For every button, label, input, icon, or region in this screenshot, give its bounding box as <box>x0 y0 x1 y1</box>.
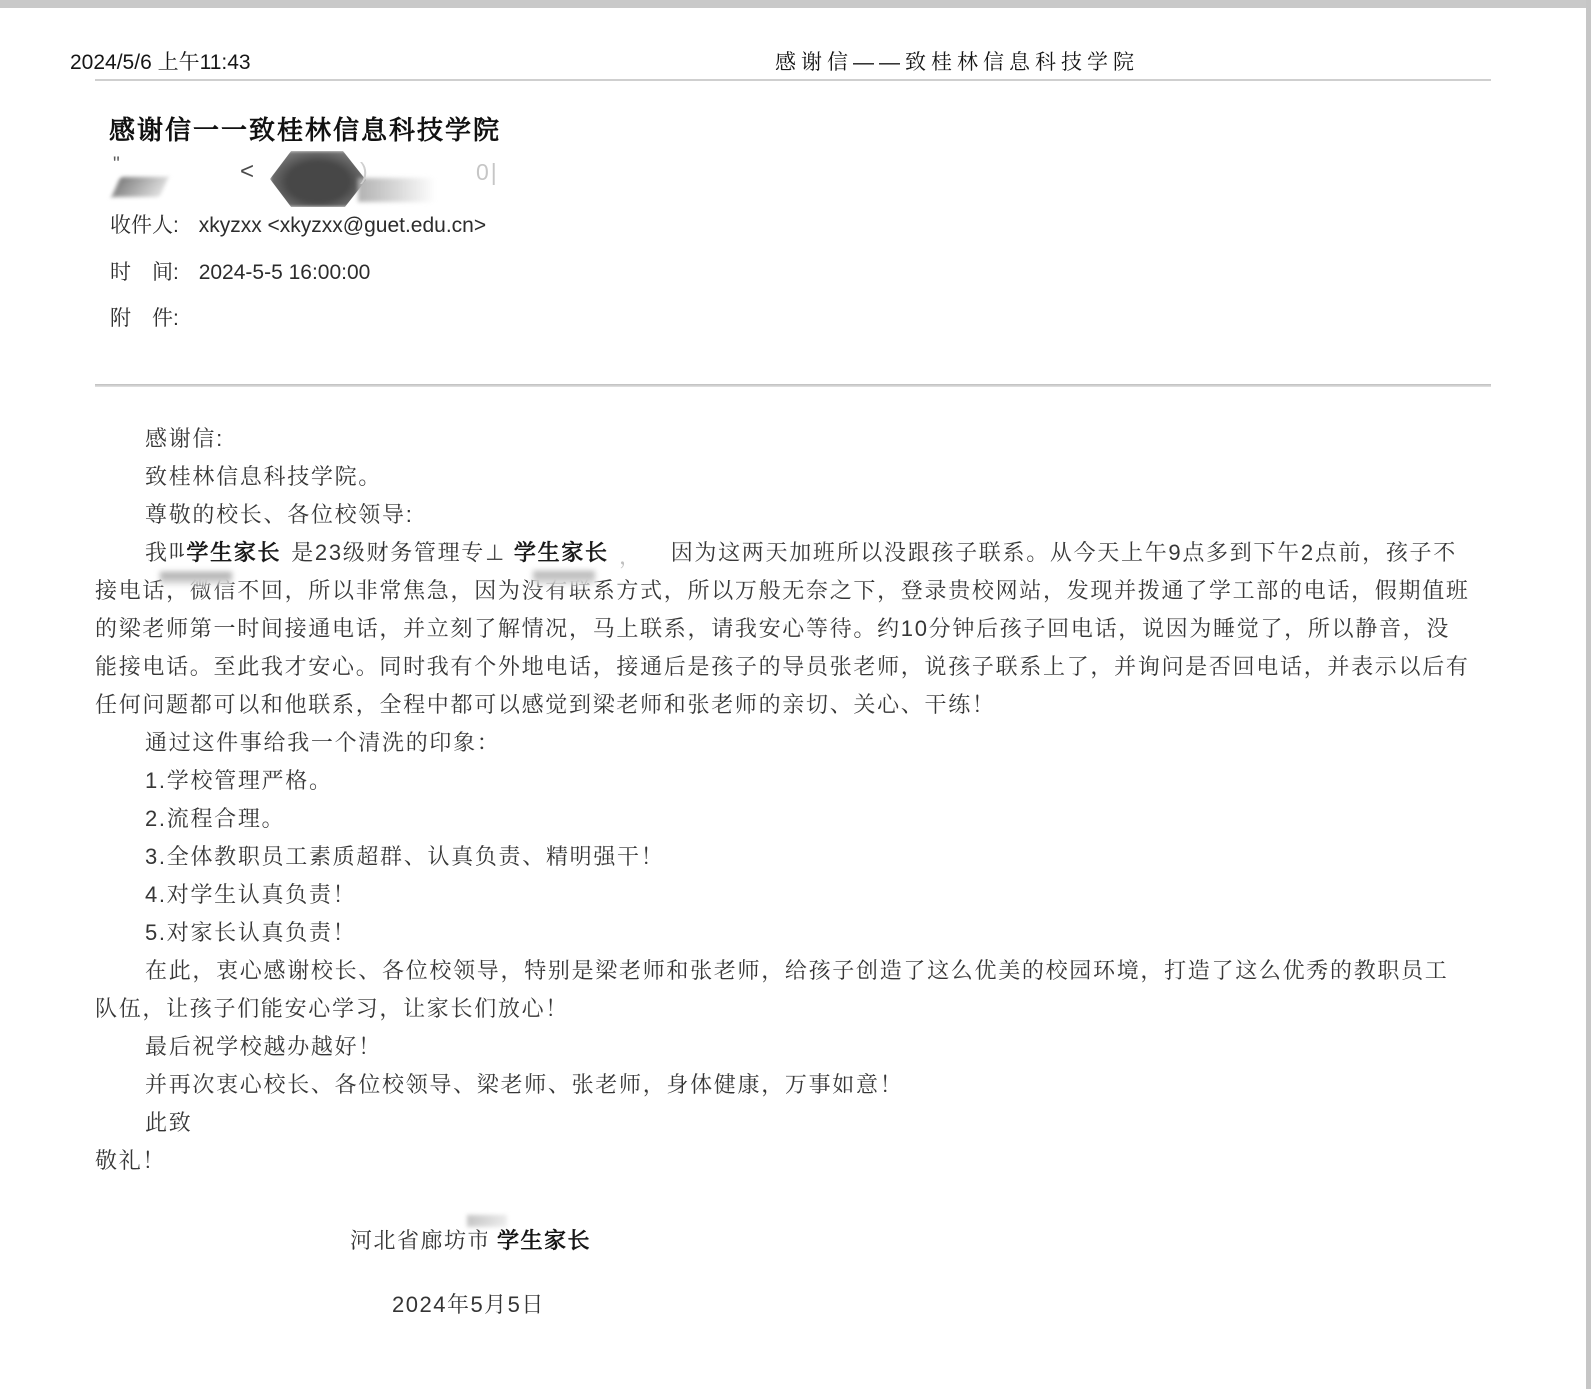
letter-body: 感谢信: 致桂林信息科技学院。 尊敬的校长、各位校领导: 我叫学生家长是23级财… <box>95 420 1487 1180</box>
time-label: 时 间: <box>110 256 179 286</box>
right-edge-strip <box>1586 0 1591 1389</box>
letter-line: 致桂林信息科技学院。 <box>95 458 1487 496</box>
attachment-label: 附 件: <box>110 302 179 332</box>
quote-mark: " <box>113 154 120 176</box>
header-divider <box>95 79 1491 81</box>
letter-point: 2.流程合理。 <box>95 800 1487 838</box>
top-edge-strip <box>0 0 1591 8</box>
redaction-smudge <box>358 178 436 202</box>
letter-line: 并再次衷心校长、各位校领导、梁老师、张老师，身体健康，万事如意！ <box>95 1066 1487 1104</box>
redaction-smudge <box>112 177 169 197</box>
letter-closing: 敬礼！ <box>95 1142 1487 1180</box>
address-remnant: 0| <box>476 159 499 186</box>
letter-closing: 此致 <box>95 1104 1487 1142</box>
email-subject: 感谢信一一致桂林信息科技学院 <box>109 110 501 147</box>
attachment-line: 附 件: <box>110 302 179 332</box>
redacted-name-overlay: 学生家长， <box>508 534 671 572</box>
time-value: 2024-5-5 16:00:00 <box>199 261 371 285</box>
letter-paragraph-line: 能接电话。至此我才安心。同时我有个外地电话，接通后是孩子的导员张老师，说孩子联系… <box>95 648 1487 686</box>
redacted-name-label: 学生家长 <box>514 540 609 565</box>
redacted-name-overlay: 学生家长 <box>184 534 291 572</box>
print-datetime: 2024/5/6 上午11:43 <box>70 46 251 76</box>
letter-line: 感谢信: <box>95 420 1487 458</box>
body-divider <box>95 384 1491 387</box>
letter-paragraph-line: 我叫学生家长是23级财务管理专⊥学生家长，因为这两天加班所以没跟孩子联系。从今天… <box>95 534 1487 572</box>
letter-line: 尊敬的校长、各位校领导: <box>95 496 1487 534</box>
print-title: 感谢信——致桂林信息科技学院 <box>775 46 1139 76</box>
letter-point: 5.对家长认真负责！ <box>95 914 1487 952</box>
letter-point: 3.全体教职员工素质超群、认真负责、精明强干！ <box>95 838 1487 876</box>
time-line: 时 间: 2024-5-5 16:00:00 <box>110 256 370 286</box>
comma-remnant: ， <box>619 538 643 576</box>
letter-line: 通过这件事给我一个清洗的印象： <box>95 724 1487 762</box>
paragraph-text: 因为这两天加班所以没跟孩子联系。从今天上午9点多到下午2点前，孩子不 <box>671 540 1457 565</box>
email-print-page: 2024/5/6 上午11:43 感谢信——致桂林信息科技学院 感谢信一一致桂林… <box>0 0 1591 1389</box>
signature-place: 河北省廊坊市 <box>350 1228 491 1253</box>
redacted-name-label: 学生家长 <box>497 1228 591 1253</box>
letter-paragraph-line: 在此，衷心感谢校长、各位校领导，特别是梁老师和张老师，给孩子创造了这么优美的校园… <box>95 952 1487 990</box>
redacted-name-overlay: 学生家长 <box>487 1224 595 1255</box>
letter-paragraph-line: 接电话，微信不回，所以非常焦急，因为没有联系方式，所以万般无奈之下，登录贵校网站… <box>95 572 1487 610</box>
recipient-label: 收件人: <box>110 209 179 239</box>
redaction-smudge <box>467 1215 507 1227</box>
email-from-line-redacted: " < ) 0| <box>110 150 540 208</box>
recipient-line: 收件人: xkyzxx <xkyzxx@guet.edu.cn> <box>110 209 486 239</box>
paragraph-text: 是23级财务管理专 <box>291 540 485 565</box>
letter-line: 最后祝学校越办越好！ <box>95 1028 1487 1066</box>
signature-line: 河北省廊坊市学生家长 <box>350 1224 595 1255</box>
letter-paragraph-line: 的梁老师第一时间接通电话，并立刻了解情况，马上联系，请我安心等待。约10分钟后孩… <box>95 610 1487 648</box>
angle-bracket-mark: < <box>240 158 254 186</box>
letter-point: 4.对学生认真负责！ <box>95 876 1487 914</box>
redacted-name-label: 学生家长 <box>186 540 281 565</box>
signature-date: 2024年5月5日 <box>392 1288 545 1319</box>
letter-paragraph-line: 任何问题都可以和他联系，全程中都可以感觉到梁老师和张老师的亲切、关心、干练！ <box>95 686 1487 724</box>
redaction-blob <box>270 151 366 207</box>
paren-remnant: ) <box>360 158 368 185</box>
letter-point: 1.学校管理严格。 <box>95 762 1487 800</box>
redacted-partial-char: ⊥ <box>485 534 506 572</box>
letter-paragraph-line: 队伍，让孩子们能安心学习，让家长们放心！ <box>95 990 1487 1028</box>
recipient-address: xkyzxx <xkyzxx@guet.edu.cn> <box>199 214 486 238</box>
